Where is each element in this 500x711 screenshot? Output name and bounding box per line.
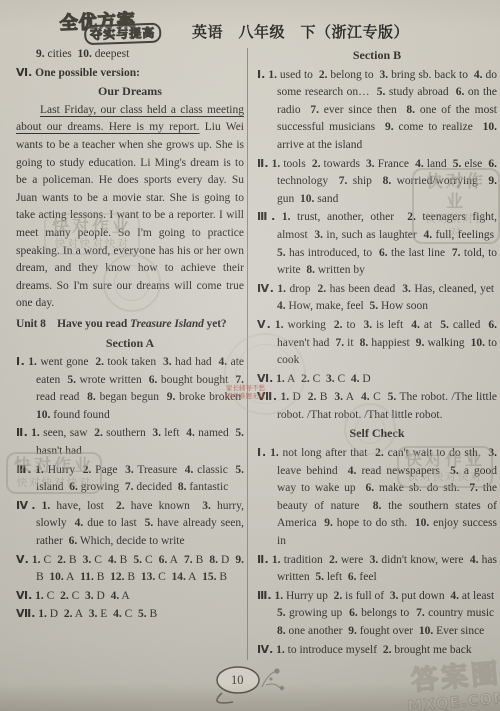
essay-paragraph: Last Friday, our class held a class meet… [16, 102, 244, 313]
column-divider [247, 48, 248, 660]
answer-item: Ⅰ. 1. not long after that 2. can't wait … [257, 444, 497, 551]
unit-title: Unit 8 Have you read Treasure Island yet… [16, 316, 244, 334]
left-column: 9. cities 10. deepestⅥ. One possible ver… [0, 46, 247, 659]
section-heading: Self Check [257, 425, 497, 443]
section-heading: Section A [16, 335, 244, 353]
book-title: 英语 八年级 下（浙江专版） [192, 21, 409, 42]
site-url-text: MXQE.COM [407, 689, 500, 711]
right-column: Section BⅠ. 1. used to 2. belong to 3. b… [247, 46, 500, 659]
section-heading: Section B [257, 47, 497, 65]
answer-item: Ⅶ. 1. D 2. A 3. E 4. C 5. B [16, 605, 244, 624]
page-header: 全优方案 夺实与提高 英语 八年级 下（浙江专版） [0, 0, 500, 46]
answer-item: Ⅲ. 1. Hurry 2. Page 3. Treasure 4. class… [16, 461, 244, 497]
book-page: 全优方案 夺实与提高 英语 八年级 下（浙江专版） 9. cities 10. … [0, 0, 500, 711]
badge-ornament-icon [206, 663, 290, 709]
answer-site-watermark: 答案圈 MXQE.COM [404, 659, 500, 711]
section-heading: Our Dreams [16, 83, 244, 101]
answer-item: Ⅶ. 1. D 2. B 3. A 4. C 5. The robot. /Th… [257, 388, 497, 424]
answer-item: Ⅵ. 1. A 2. C 3. C 4. D [257, 370, 497, 389]
answer-item: Ⅱ. 1. seen, saw 2. southern 3. left 4. n… [16, 424, 244, 460]
answer-item: Ⅲ. 1. Hurry up 2. is full of 3. put down… [257, 587, 497, 641]
answer-item: Ⅳ. 1. have, lost 2. have known 3. hurry,… [16, 497, 244, 551]
answer-item: Ⅳ. 1. drop 2. has been dead 3. Has, clea… [257, 280, 497, 316]
answer-item: Ⅱ. 1. tradition 2. were 3. didn't know, … [257, 551, 497, 587]
answer-item: Ⅵ. One possible version: [16, 64, 244, 83]
answer-line: 9. cities 10. deepest [16, 46, 244, 64]
answer-columns: 9. cities 10. deepestⅥ. One possible ver… [0, 46, 500, 659]
answer-item: Ⅱ. 1. tools 2. towards 3. France 4. land… [257, 155, 497, 209]
answer-circle-text: 答案圈 [404, 659, 500, 698]
answer-item: Ⅲ. 1. trust, another, other 2. teenagers… [257, 208, 497, 279]
answer-item: Ⅴ. 1. working 2. to 3. is left 4. at 5. … [257, 316, 497, 370]
brand-logo-bottom: 夺实与提高 [84, 23, 162, 46]
answer-item: Ⅰ. 1. went gone 2. took taken 3. had had… [16, 353, 244, 424]
answer-item: Ⅰ. 1. used to 2. belong to 3. bring sb. … [257, 66, 497, 155]
answer-item: Ⅴ. 1. C 2. B 3. C 4. B 5. C 6. A 7. B 8.… [16, 551, 244, 587]
page-number: 10 [231, 673, 244, 688]
brand-logo: 全优方案 夺实与提高 [59, 7, 180, 47]
page-number-badge: 10 [206, 663, 290, 709]
answer-item: Ⅳ. 1. to introduce myself 2. brought me … [257, 641, 497, 660]
answer-item: Ⅵ. 1. C 2. C 3. D 4. A [16, 587, 244, 606]
